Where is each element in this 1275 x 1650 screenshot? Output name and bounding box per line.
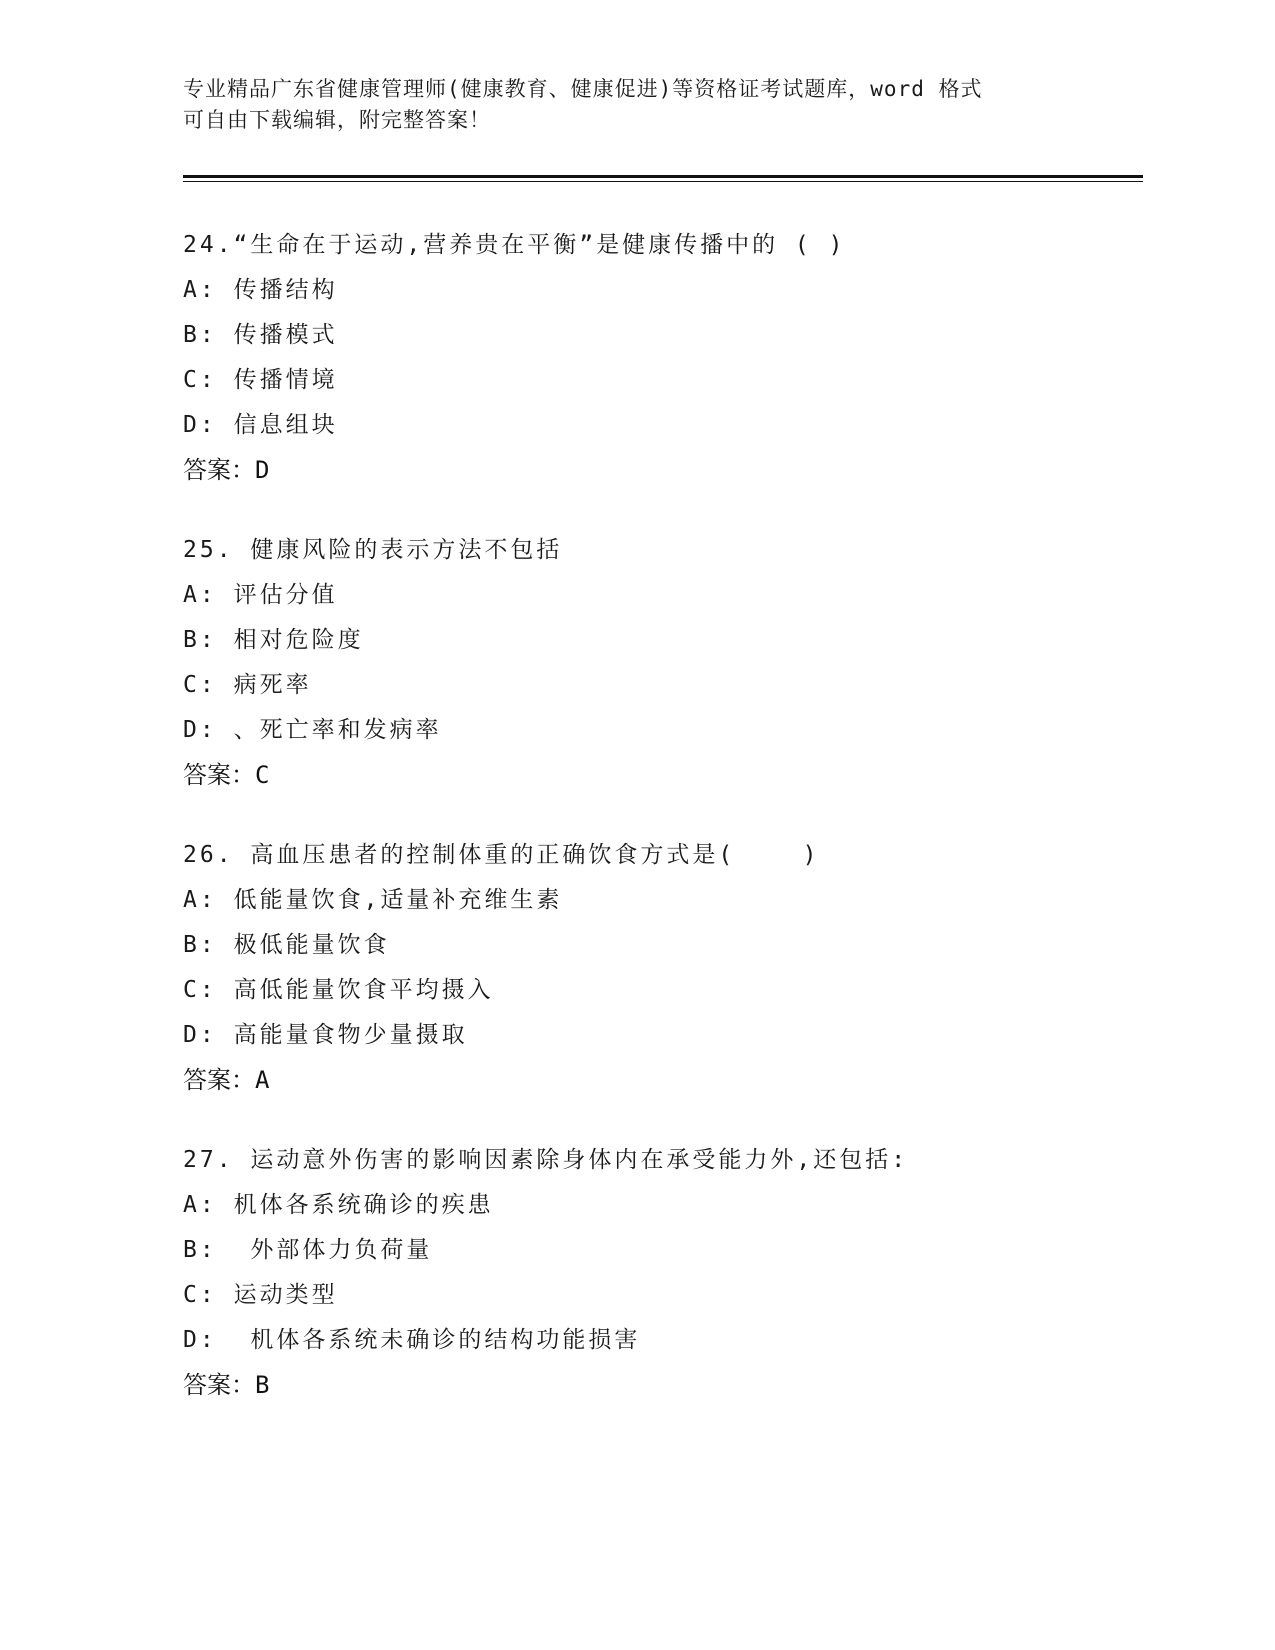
option-text: 传播模式: [234, 322, 338, 348]
option-c: C: 传播情境: [183, 358, 1143, 403]
option-text: 低能量饮食,适量补充维生素: [234, 887, 563, 913]
option-b: B: 传播模式: [183, 313, 1143, 358]
header-divider-thick: [183, 175, 1143, 178]
question-27: 27. 运动意外伤害的影响因素除身体内在承受能力外,还包括: A: 机体各系统确…: [183, 1138, 1143, 1408]
option-text: 机体各系统确诊的疾患: [234, 1192, 494, 1218]
document-page: 专业精品广东省健康管理师(健康教育、健康促进)等资格证考试题库，word 格式 …: [0, 0, 1275, 1650]
option-text: 极低能量饮食: [234, 932, 390, 958]
answer-label: 答案：: [183, 761, 255, 789]
option-c: C: 运动类型: [183, 1273, 1143, 1318]
option-text: 评估分值: [234, 582, 338, 608]
answer-line: 答案：B: [183, 1363, 1143, 1408]
option-a: A: 评估分值: [183, 573, 1143, 618]
question-stem: 27. 运动意外伤害的影响因素除身体内在承受能力外,还包括:: [183, 1138, 1143, 1183]
answer-label: 答案：: [183, 1066, 255, 1094]
option-label: B:: [183, 322, 217, 348]
option-a: A: 低能量饮食,适量补充维生素: [183, 878, 1143, 923]
option-d: D: 高能量食物少量摄取: [183, 1013, 1143, 1058]
answer-line: 答案：C: [183, 753, 1143, 798]
option-label: C:: [183, 672, 217, 698]
option-label: A:: [183, 887, 217, 913]
option-label: A:: [183, 1192, 217, 1218]
question-stem: 26. 高血压患者的控制体重的正确饮食方式是( ): [183, 833, 1143, 878]
answer-value: B: [255, 1371, 269, 1399]
header-divider-thin: [183, 181, 1143, 182]
option-b: B: 极低能量饮食: [183, 923, 1143, 968]
question-25: 25. 健康风险的表示方法不包括 A: 评估分值 B: 相对危险度 C: 病死率…: [183, 528, 1143, 798]
document-header: 专业精品广东省健康管理师(健康教育、健康促进)等资格证考试题库，word 格式 …: [183, 74, 1063, 136]
option-text: 外部体力负荷量: [234, 1237, 433, 1263]
option-label: C:: [183, 977, 217, 1003]
option-label: A:: [183, 582, 217, 608]
answer-line: 答案：A: [183, 1058, 1143, 1103]
option-c: C: 高低能量饮食平均摄入: [183, 968, 1143, 1013]
option-text: 传播情境: [234, 367, 338, 393]
question-24: 24.“生命在于运动,营养贵在平衡”是健康传播中的 ( ) A: 传播结构 B:…: [183, 223, 1143, 493]
option-text: 高低能量饮食平均摄入: [234, 977, 494, 1003]
option-text: 运动类型: [234, 1282, 338, 1308]
option-label: D:: [183, 1327, 217, 1353]
option-label: B:: [183, 932, 217, 958]
answer-value: D: [255, 456, 269, 484]
option-d: D: 、死亡率和发病率: [183, 708, 1143, 753]
option-text: 、死亡率和发病率: [234, 717, 442, 743]
option-a: A: 机体各系统确诊的疾患: [183, 1183, 1143, 1228]
option-text: 传播结构: [234, 277, 338, 303]
option-label: B:: [183, 1237, 217, 1263]
header-line-1: 专业精品广东省健康管理师(健康教育、健康促进)等资格证考试题库，word 格式: [183, 74, 1063, 105]
option-text: 相对危险度: [234, 627, 364, 653]
question-stem: 24.“生命在于运动,营养贵在平衡”是健康传播中的 ( ): [183, 223, 1143, 268]
option-label: B:: [183, 627, 217, 653]
option-label: C:: [183, 367, 217, 393]
answer-label: 答案：: [183, 1371, 255, 1399]
option-text: 信息组块: [234, 412, 338, 438]
option-text: 机体各系统未确诊的结构功能损害: [234, 1327, 641, 1353]
answer-label: 答案：: [183, 456, 255, 484]
question-26: 26. 高血压患者的控制体重的正确饮食方式是( ) A: 低能量饮食,适量补充维…: [183, 833, 1143, 1103]
option-label: C:: [183, 1282, 217, 1308]
option-a: A: 传播结构: [183, 268, 1143, 313]
option-label: A:: [183, 277, 217, 303]
header-line-2: 可自由下载编辑，附完整答案！: [183, 105, 1063, 136]
option-text: 高能量食物少量摄取: [234, 1022, 468, 1048]
question-stem: 25. 健康风险的表示方法不包括: [183, 528, 1143, 573]
option-d: D: 信息组块: [183, 403, 1143, 448]
answer-value: C: [255, 761, 269, 789]
option-b: B: 相对危险度: [183, 618, 1143, 663]
option-label: D:: [183, 412, 217, 438]
option-text: 病死率: [234, 672, 312, 698]
option-d: D: 机体各系统未确诊的结构功能损害: [183, 1318, 1143, 1363]
answer-line: 答案：D: [183, 448, 1143, 493]
option-label: D:: [183, 1022, 217, 1048]
option-b: B: 外部体力负荷量: [183, 1228, 1143, 1273]
answer-value: A: [255, 1066, 269, 1094]
option-label: D:: [183, 717, 217, 743]
option-c: C: 病死率: [183, 663, 1143, 708]
